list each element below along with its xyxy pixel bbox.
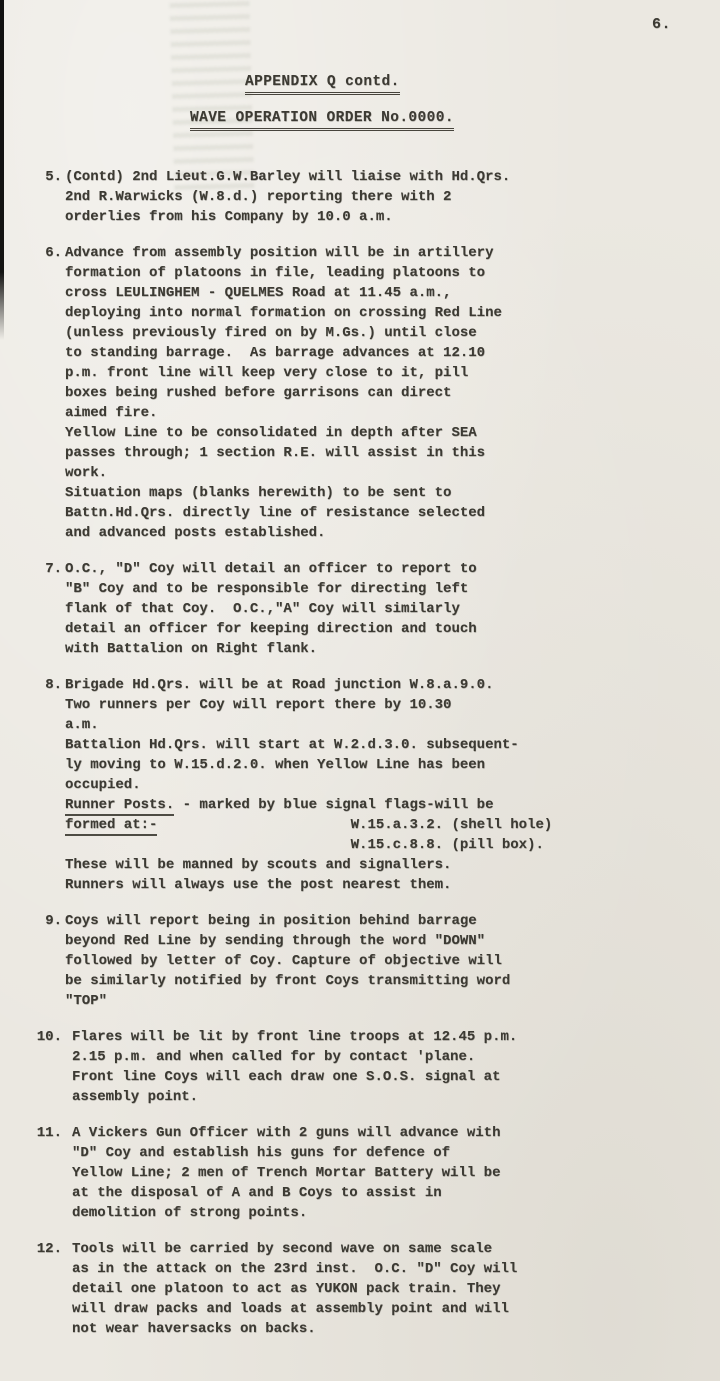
item-number: 6. bbox=[0, 243, 62, 543]
item-body: Advance from assembly position will be i… bbox=[62, 243, 502, 543]
text-line: as in the attack on the 23rd inst. O.C. … bbox=[72, 1259, 517, 1279]
item-body: Coys will report being in position behin… bbox=[62, 911, 510, 1011]
text-line: Tools will be carried by second wave on … bbox=[72, 1239, 517, 1259]
text-line: work. bbox=[65, 463, 502, 483]
text-line: a.m. bbox=[65, 715, 552, 735]
underlined-text: formed at:- bbox=[65, 817, 157, 836]
text-line: formed at:- W.15.a.3.2. (shell hole) bbox=[65, 815, 552, 835]
text-line: Runners will always use the post nearest… bbox=[65, 875, 552, 895]
item-number: 9. bbox=[0, 911, 62, 1011]
item-body: A Vickers Gun Officer with 2 guns will a… bbox=[62, 1123, 500, 1223]
text-line: 2.15 p.m. and when called for by contact… bbox=[72, 1047, 517, 1067]
underlined-text: Runner Posts. bbox=[65, 797, 174, 816]
appendix-heading: APPENDIX Q contd. bbox=[245, 74, 400, 95]
text-line: Battn.Hd.Qrs. directly line of resistanc… bbox=[65, 503, 502, 523]
order-item: 8.Brigade Hd.Qrs. will be at Road juncti… bbox=[0, 675, 720, 895]
text-line: orderlies from his Company by 10.0 a.m. bbox=[65, 207, 510, 227]
item-number: 8. bbox=[0, 675, 62, 895]
text-line: will draw packs and loads at assembly po… bbox=[72, 1299, 517, 1319]
text-line: boxes being rushed before garrisons can … bbox=[65, 383, 502, 403]
order-item: 9.Coys will report being in position beh… bbox=[0, 911, 720, 1011]
text-line: Coys will report being in position behin… bbox=[65, 911, 510, 931]
text-line: 2nd R.Warwicks (W.8.d.) reporting there … bbox=[65, 187, 510, 207]
text-line: (unless previously fired on by M.Gs.) un… bbox=[65, 323, 502, 343]
text-line: occupied. bbox=[65, 775, 552, 795]
order-item: 10.Flares will be lit by front line troo… bbox=[0, 1027, 720, 1107]
text-line: ly moving to W.15.d.2.0. when Yellow Lin… bbox=[65, 755, 552, 775]
text-line: formation of platoons in file, leading p… bbox=[65, 263, 502, 283]
order-item: 5.(Contd) 2nd Lieut.G.W.Barley will liai… bbox=[0, 167, 720, 227]
text-line: W.15.c.8.8. (pill box). bbox=[65, 835, 552, 855]
text-line: These will be manned by scouts and signa… bbox=[65, 855, 552, 875]
order-item: 12.Tools will be carried by second wave … bbox=[0, 1239, 720, 1339]
text-line: aimed fire. bbox=[65, 403, 502, 423]
item-number: 12. bbox=[0, 1239, 62, 1339]
page-number: 6. bbox=[652, 16, 671, 33]
text-line: Situation maps (blanks herewith) to be s… bbox=[65, 483, 502, 503]
text-line: Runner Posts. - marked by blue signal fl… bbox=[65, 795, 552, 815]
text-line: "B" Coy and to be responsible for direct… bbox=[65, 579, 477, 599]
text-line: followed by letter of Coy. Capture of ob… bbox=[65, 951, 510, 971]
text-line: detail one platoon to act as YUKON pack … bbox=[72, 1279, 517, 1299]
item-body: Flares will be lit by front line troops … bbox=[62, 1027, 517, 1107]
order-item: 11.A Vickers Gun Officer with 2 guns wil… bbox=[0, 1123, 720, 1223]
document-page: 6. APPENDIX Q contd. WAVE OPERATION ORDE… bbox=[0, 0, 720, 1381]
text-line: cross LEULINGHEM - QUELMES Road at 11.45… bbox=[65, 283, 502, 303]
item-body: Brigade Hd.Qrs. will be at Road junction… bbox=[62, 675, 552, 895]
item-number: 5. bbox=[0, 167, 62, 227]
item-body: (Contd) 2nd Lieut.G.W.Barley will liaise… bbox=[62, 167, 510, 227]
item-number: 7. bbox=[0, 559, 62, 659]
text-line: demolition of strong points. bbox=[72, 1203, 500, 1223]
text-segment: W.15.a.3.2. (shell hole) bbox=[157, 817, 552, 833]
text-line: Battalion Hd.Qrs. will start at W.2.d.3.… bbox=[65, 735, 552, 755]
text-line: "TOP" bbox=[65, 991, 510, 1011]
text-line: Front line Coys will each draw one S.O.S… bbox=[72, 1067, 517, 1087]
item-number: 11. bbox=[0, 1123, 62, 1223]
text-line: Yellow Line; 2 men of Trench Mortar Batt… bbox=[72, 1163, 500, 1183]
order-item: 7.O.C., "D" Coy will detail an officer t… bbox=[0, 559, 720, 659]
text-line: passes through; 1 section R.E. will assi… bbox=[65, 443, 502, 463]
text-line: O.C., "D" Coy will detail an officer to … bbox=[65, 559, 477, 579]
text-line: beyond Red Line by sending through the w… bbox=[65, 931, 510, 951]
order-items: 5.(Contd) 2nd Lieut.G.W.Barley will liai… bbox=[0, 167, 720, 1355]
text-line: Two runners per Coy will report there by… bbox=[65, 695, 552, 715]
item-body: Tools will be carried by second wave on … bbox=[62, 1239, 517, 1339]
order-title-heading: WAVE OPERATION ORDER No.0000. bbox=[190, 110, 454, 131]
text-line: Flares will be lit by front line troops … bbox=[72, 1027, 517, 1047]
text-line: p.m. front line will keep very close to … bbox=[65, 363, 502, 383]
ink-bleed-through bbox=[170, 1, 255, 195]
text-line: Brigade Hd.Qrs. will be at Road junction… bbox=[65, 675, 552, 695]
text-line: be similarly notified by front Coys tran… bbox=[65, 971, 510, 991]
text-line: assembly point. bbox=[72, 1087, 517, 1107]
text-line: not wear haversacks on backs. bbox=[72, 1319, 517, 1339]
text-line: and advanced posts established. bbox=[65, 523, 502, 543]
text-line: deploying into normal formation on cross… bbox=[65, 303, 502, 323]
text-line: flank of that Coy. O.C.,"A" Coy will sim… bbox=[65, 599, 477, 619]
order-item: 6.Advance from assembly position will be… bbox=[0, 243, 720, 543]
text-line: detail an officer for keeping direction … bbox=[65, 619, 477, 639]
item-body: O.C., "D" Coy will detail an officer to … bbox=[62, 559, 477, 659]
text-line: with Battalion on Right flank. bbox=[65, 639, 477, 659]
text-line: Yellow Line to be consolidated in depth … bbox=[65, 423, 502, 443]
text-segment: - marked by blue signal flags-will be bbox=[174, 797, 493, 813]
text-line: at the disposal of A and B Coys to assis… bbox=[72, 1183, 500, 1203]
text-line: A Vickers Gun Officer with 2 guns will a… bbox=[72, 1123, 500, 1143]
item-number: 10. bbox=[0, 1027, 62, 1107]
text-line: "D" Coy and establish his guns for defen… bbox=[72, 1143, 500, 1163]
text-line: (Contd) 2nd Lieut.G.W.Barley will liaise… bbox=[65, 167, 510, 187]
text-line: Advance from assembly position will be i… bbox=[65, 243, 502, 263]
text-line: to standing barrage. As barrage advances… bbox=[65, 343, 502, 363]
